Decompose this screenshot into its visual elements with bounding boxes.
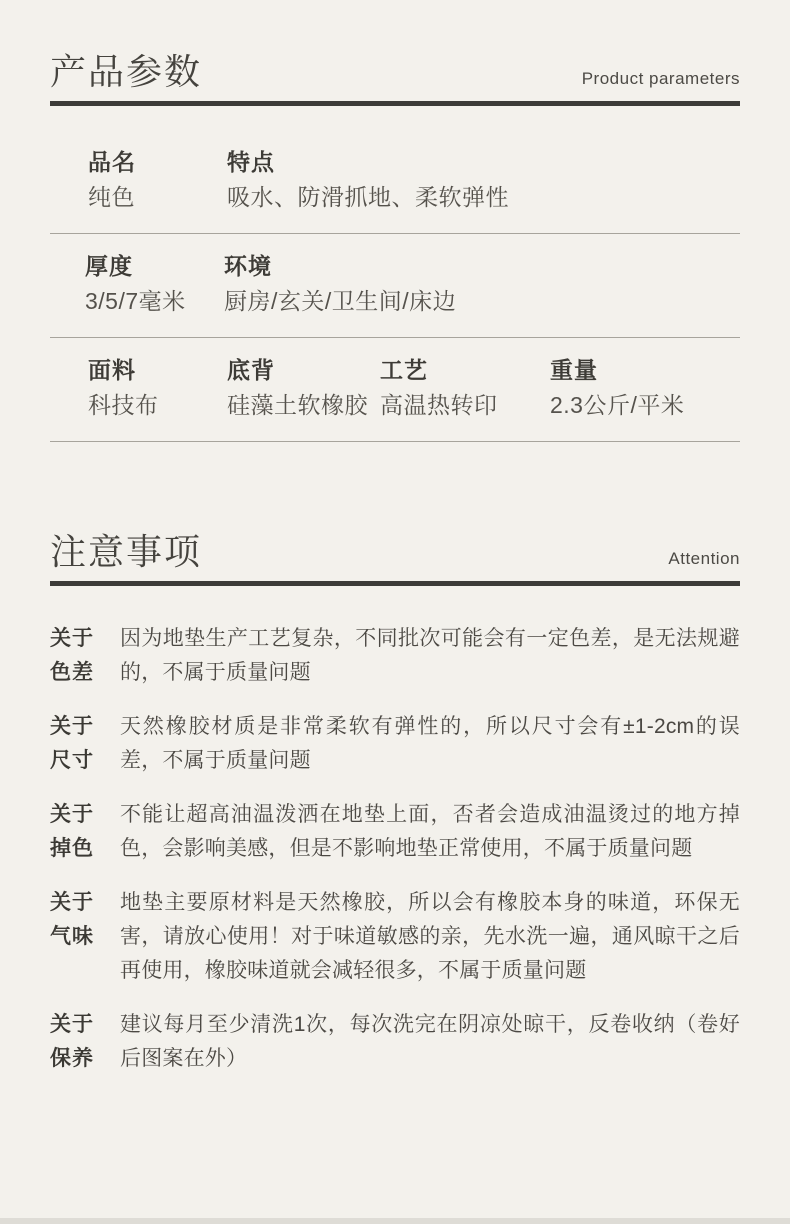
param-value-weight: 2.3公斤/平米	[550, 386, 740, 424]
param-value-name: 纯色	[88, 178, 227, 216]
note-label-size: 关于 尺寸	[50, 710, 120, 778]
params-table: 品名 纯色 特点 吸水、防滑抓地、柔软弹性 厚度 3/5/7毫米 环境 厨房/玄…	[50, 106, 740, 442]
param-value-features: 吸水、防滑抓地、柔软弹性	[227, 178, 740, 216]
param-cell-environment: 环境 厨房/玄关/卫生间/床边	[224, 250, 740, 320]
param-value-thickness: 3/5/7毫米	[85, 282, 224, 320]
params-section-subtitle: Product parameters	[582, 68, 740, 92]
note-label-line2: 尺寸	[50, 744, 120, 778]
param-value-backing: 硅藻土软橡胶	[227, 386, 380, 424]
param-label-name: 品名	[88, 146, 227, 178]
note-text-size: 天然橡胶材质是非常柔软有弹性的，所以尺寸会有±1-2cm的误差，不属于质量问题	[120, 710, 740, 778]
note-label-line1: 关于	[50, 886, 120, 920]
note-item-fading: 关于 掉色 不能让超高油温泼洒在地垫上面，否者会造成油温烫过的地方掉色，会影响美…	[50, 798, 740, 866]
param-value-craft: 高温热转印	[380, 386, 550, 424]
param-cell-name: 品名 纯色	[88, 146, 227, 216]
param-cell-backing: 底背 硅藻土软橡胶	[227, 354, 380, 424]
note-item-odor: 关于 气味 地垫主要原材料是天然橡胶，所以会有橡胶本身的味道，环保无害，请放心使…	[50, 886, 740, 988]
note-label-line2: 色差	[50, 656, 120, 690]
param-cell-fabric: 面料 科技布	[88, 354, 227, 424]
note-label-line1: 关于	[50, 798, 120, 832]
note-label-line2: 掉色	[50, 832, 120, 866]
param-value-environment: 厨房/玄关/卫生间/床边	[224, 282, 740, 320]
note-label-line2: 保养	[50, 1042, 120, 1076]
note-item-maintenance: 关于 保养 建议每月至少清洗1次，每次洗完在阴凉处晾干，反卷收纳（卷好后图案在外…	[50, 1008, 740, 1076]
note-text-odor: 地垫主要原材料是天然橡胶，所以会有橡胶本身的味道，环保无害，请放心使用！对于味道…	[120, 886, 740, 988]
product-detail-page: { "page": { "bg_color": "#f3f1ec", "acce…	[0, 0, 790, 1224]
param-cell-features: 特点 吸水、防滑抓地、柔软弹性	[227, 146, 740, 216]
param-label-craft: 工艺	[380, 354, 550, 386]
param-row-thickness-environment: 厚度 3/5/7毫米 环境 厨房/玄关/卫生间/床边	[50, 234, 740, 338]
note-label-line1: 关于	[50, 622, 120, 656]
notes-section-title: 注意事项	[50, 532, 202, 572]
param-label-fabric: 面料	[88, 354, 227, 386]
params-section-title: 产品参数	[50, 52, 202, 92]
param-label-thickness: 厚度	[85, 250, 224, 282]
param-cell-weight: 重量 2.3公斤/平米	[550, 354, 740, 424]
note-text-maintenance: 建议每月至少清洗1次，每次洗完在阴凉处晾干，反卷收纳（卷好后图案在外）	[120, 1008, 740, 1076]
param-label-weight: 重量	[550, 354, 740, 386]
param-cell-craft: 工艺 高温热转印	[380, 354, 550, 424]
note-label-line1: 关于	[50, 710, 120, 744]
note-label-line2: 气味	[50, 920, 120, 954]
notes-section-header: 注意事项 Attention	[50, 532, 740, 586]
param-label-environment: 环境	[224, 250, 740, 282]
note-label-maintenance: 关于 保养	[50, 1008, 120, 1076]
param-row-name-features: 品名 纯色 特点 吸水、防滑抓地、柔软弹性	[50, 106, 740, 234]
note-label-odor: 关于 气味	[50, 886, 120, 954]
params-section-header: 产品参数 Product parameters	[50, 52, 740, 106]
bottom-edge-strip	[0, 1218, 790, 1224]
note-item-color-difference: 关于 色差 因为地垫生产工艺复杂，不同批次可能会有一定色差，是无法规避的，不属于…	[50, 622, 740, 690]
note-item-size: 关于 尺寸 天然橡胶材质是非常柔软有弹性的，所以尺寸会有±1-2cm的误差，不属…	[50, 710, 740, 778]
param-label-backing: 底背	[227, 354, 380, 386]
note-text-fading: 不能让超高油温泼洒在地垫上面，否者会造成油温烫过的地方掉色，会影响美感，但是不影…	[120, 798, 740, 866]
page-container: 产品参数 Product parameters 品名 纯色 特点 吸水、防滑抓地…	[0, 0, 790, 1224]
param-cell-thickness: 厚度 3/5/7毫米	[85, 250, 224, 320]
note-label-line1: 关于	[50, 1008, 120, 1042]
param-row-fabric-backing-craft-weight: 面料 科技布 底背 硅藻土软橡胶 工艺 高温热转印 重量 2.3公斤/平米	[50, 338, 740, 442]
param-label-features: 特点	[227, 146, 740, 178]
note-label-fading: 关于 掉色	[50, 798, 120, 866]
note-label-color-difference: 关于 色差	[50, 622, 120, 690]
note-text-color-difference: 因为地垫生产工艺复杂，不同批次可能会有一定色差，是无法规避的，不属于质量问题	[120, 622, 740, 690]
notes-section-subtitle: Attention	[668, 548, 740, 572]
param-value-fabric: 科技布	[88, 386, 227, 424]
notes-list: 关于 色差 因为地垫生产工艺复杂，不同批次可能会有一定色差，是无法规避的，不属于…	[50, 622, 740, 1076]
